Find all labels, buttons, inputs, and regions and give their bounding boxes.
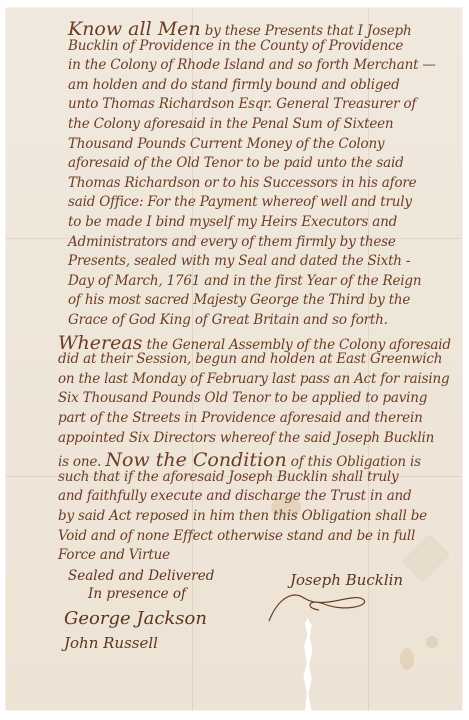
line-text: part of the Streets in Providence afores… [58, 410, 423, 426]
line-text: by these Presents that I Joseph [201, 23, 412, 39]
text-line: said Office: For the Payment whereof wel… [68, 194, 412, 210]
line-text: Administrators and every of them firmly … [68, 234, 396, 250]
line-text: aforesaid of the Old Tenor to be paid un… [68, 155, 404, 171]
signature-flourish [264, 586, 374, 626]
line-text: did at their Session, begun and holden a… [58, 351, 442, 367]
text-line: am holden and do stand firmly bound and … [68, 77, 400, 93]
line-text: Presents, sealed with my Seal and dated … [68, 253, 410, 269]
attestation-line1: Sealed and Delivered [68, 568, 214, 584]
text-line: and faithfully execute and discharge the… [58, 488, 412, 504]
line-text: of his most sacred Majesty George the Th… [68, 292, 410, 308]
text-line: Bucklin of Providence in the County of P… [68, 38, 403, 54]
paper-tear [302, 618, 316, 712]
text-line: Six Thousand Pounds Old Tenor to be appl… [58, 390, 427, 406]
line-text: Day of March, 1761 and in the first Year… [68, 273, 421, 289]
text-line: Void and of none Effect otherwise stand … [58, 528, 415, 544]
line-text: said Office: For the Payment whereof wel… [68, 194, 412, 210]
line-text: such that if the aforesaid Joseph Buckli… [58, 469, 398, 485]
line-text: Grace of God King of Great Britain and s… [68, 312, 388, 328]
text-line: such that if the aforesaid Joseph Buckli… [58, 469, 398, 485]
line-text: in the Colony of Rhode Island and so for… [68, 57, 436, 73]
line-text: am holden and do stand firmly bound and … [68, 77, 400, 93]
text-line: in the Colony of Rhode Island and so for… [68, 57, 436, 73]
text-line: aforesaid of the Old Tenor to be paid un… [68, 155, 404, 171]
line-text: is one. [58, 454, 105, 470]
text-line: the Colony aforesaid in the Penal Sum of… [68, 116, 393, 132]
text-line: Thomas Richardson or to his Successors i… [68, 175, 416, 191]
text-line: on the last Monday of February last pass… [58, 371, 449, 387]
line-text: by said Act reposed in him then this Obl… [58, 508, 427, 524]
text-line: Day of March, 1761 and in the first Year… [68, 273, 421, 289]
text-line: appointed Six Directors whereof the said… [58, 430, 434, 446]
body-text: Know all Men by these Presents that I Jo… [68, 18, 463, 598]
text-line: part of the Streets in Providence afores… [58, 410, 423, 426]
line-text: and faithfully execute and discharge the… [58, 488, 412, 504]
line-text: Bucklin of Providence in the County of P… [68, 38, 403, 54]
text-line: by said Act reposed in him then this Obl… [58, 508, 427, 524]
line-text: Void and of none Effect otherwise stand … [58, 528, 415, 544]
stain [400, 648, 414, 670]
text-line: of his most sacred Majesty George the Th… [68, 292, 410, 308]
text-line: Administrators and every of them firmly … [68, 234, 396, 250]
line-text: of this Obligation is [287, 454, 421, 470]
line-text: Six Thousand Pounds Old Tenor to be appl… [58, 390, 427, 406]
line-text: Thomas Richardson or to his Successors i… [68, 175, 416, 191]
text-line: to be made I bind myself my Heirs Execut… [68, 214, 397, 230]
line-text: the General Assembly of the Colony afore… [142, 337, 450, 353]
line-text: on the last Monday of February last pass… [58, 371, 449, 387]
stain [426, 636, 438, 648]
text-line: Grace of God King of Great Britain and s… [68, 312, 388, 328]
witness-signature: John Russell [64, 634, 158, 652]
witness-signature: George Jackson [64, 608, 207, 629]
line-text: appointed Six Directors whereof the said… [58, 430, 434, 446]
line-text: Force and Virtue [58, 547, 170, 563]
text-line: Force and Virtue [58, 547, 170, 563]
line-text: the Colony aforesaid in the Penal Sum of… [68, 116, 393, 132]
text-line: did at their Session, begun and holden a… [58, 351, 442, 367]
text-line: Thousand Pounds Current Money of the Col… [68, 136, 384, 152]
line-text: unto Thomas Richardson Esqr. General Tre… [68, 96, 416, 112]
document-page: Know all Men by these Presents that I Jo… [6, 8, 462, 710]
attestation-line2: In presence of [88, 586, 186, 602]
text-line: unto Thomas Richardson Esqr. General Tre… [68, 96, 416, 112]
line-text: to be made I bind myself my Heirs Execut… [68, 214, 397, 230]
text-line: Presents, sealed with my Seal and dated … [68, 253, 410, 269]
line-text: Thousand Pounds Current Money of the Col… [68, 136, 384, 152]
